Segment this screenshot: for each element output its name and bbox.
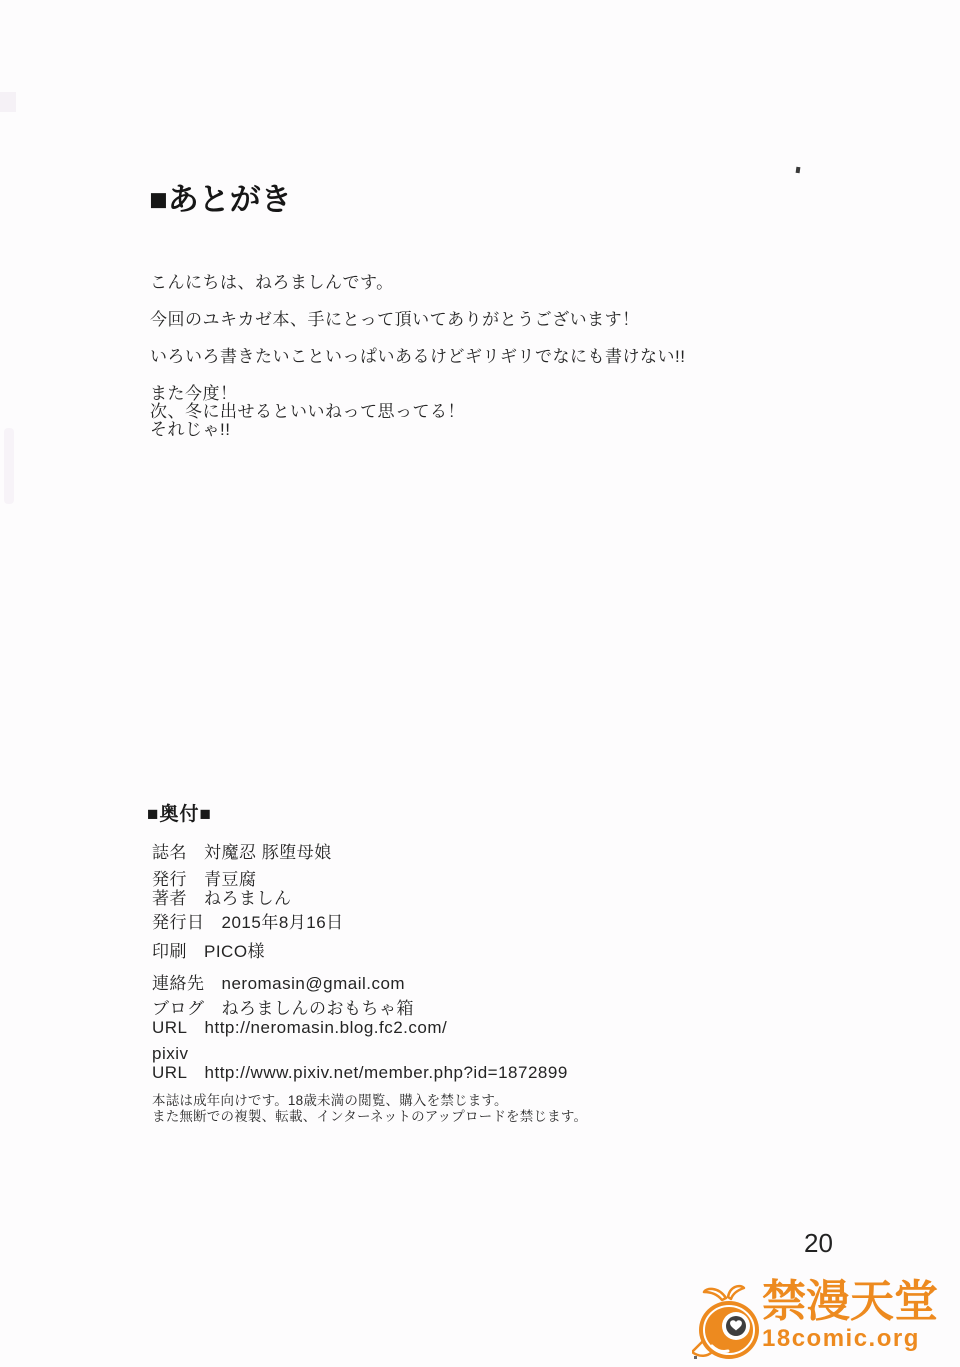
colophon-value: PICO様: [204, 942, 265, 961]
colophon-label: 連絡先: [152, 974, 205, 993]
colophon-row-pixiv: pixiv: [152, 1044, 568, 1063]
colophon-value: ねろましんのおもちゃ箱: [222, 999, 415, 1018]
colophon-label: 著者: [152, 889, 187, 908]
notice-line: 本誌は成年向けです。18歳未満の閲覧、購入を禁じます。: [152, 1093, 587, 1109]
colophon-label: pixiv: [152, 1044, 189, 1063]
colophon-label: 発行日: [152, 913, 205, 932]
scan-artifact: [4, 428, 14, 504]
colophon-value: 対魔忍 豚堕母娘: [204, 843, 332, 862]
watermark-site-name: 禁漫天堂: [762, 1278, 938, 1326]
site-watermark: 禁漫天堂 18comic.org: [692, 1278, 954, 1364]
afterword-line: 今回のユキカゼ本、手にとって頂いてありがとうございます！: [150, 311, 685, 329]
colophon-row-blog-url: URLhttp://neromasin.blog.fc2.com/: [152, 1018, 568, 1037]
scan-artifact: [0, 92, 16, 112]
colophon-label: 発行: [152, 870, 187, 889]
scanned-afterword-page: ■あとがき こんにちは、ねろましんです。 今回のユキカゼ本、手にとって頂いてあり…: [0, 0, 960, 1367]
afterword-line: こんにちは、ねろましんです。: [150, 274, 685, 292]
colophon-value: 2015年8月16日: [222, 913, 344, 932]
colophon-value: http://neromasin.blog.fc2.com/: [205, 1018, 448, 1037]
watermark-text: 禁漫天堂 18comic.org: [762, 1278, 938, 1352]
colophon-row-date: 発行日2015年8月16日: [152, 913, 568, 932]
colophon-row-title: 誌名対魔忍 豚堕母娘: [152, 843, 568, 862]
colophon-label: 印刷: [152, 942, 187, 961]
orange-fish-mascot-icon: [692, 1282, 764, 1366]
scan-artifact: [796, 167, 801, 173]
colophon-value: 青豆腐: [204, 870, 257, 889]
colophon-row-printer: 印刷PICO様: [152, 942, 568, 961]
colophon-heading: ■奥付■: [147, 799, 212, 826]
watermark-site-url: 18comic.org: [762, 1326, 938, 1352]
afterword-body: こんにちは、ねろましんです。 今回のユキカゼ本、手にとって頂いてありがとうござい…: [150, 274, 685, 439]
colophon-label: ブログ: [152, 999, 205, 1018]
colophon-row-pixiv-url: URLhttp://www.pixiv.net/member.php?id=18…: [152, 1063, 568, 1082]
colophon-row-author: 著者ねろましん: [152, 889, 568, 908]
colophon-value: http://www.pixiv.net/member.php?id=18728…: [205, 1063, 568, 1082]
page-number: 20: [804, 1228, 833, 1259]
colophon-row-blog: ブログねろましんのおもちゃ箱: [152, 999, 568, 1018]
afterword-line: それじゃ!!: [150, 421, 685, 439]
notice-line: また無断での複製、転載、インターネットのアップロードを禁じます。: [152, 1109, 587, 1125]
colophon: 誌名対魔忍 豚堕母娘 発行青豆腐 著者ねろましん 発行日2015年8月16日 印…: [152, 843, 568, 1082]
afterword-line: また今度！: [150, 385, 685, 403]
colophon-value: neromasin@gmail.com: [222, 974, 406, 993]
colophon-value: ねろましん: [204, 889, 292, 908]
colophon-label: URL: [152, 1063, 188, 1082]
afterword-line: 次、冬に出せるといいねって思ってる！: [150, 403, 685, 421]
colophon-row-publisher: 発行青豆腐: [152, 870, 568, 889]
afterword-line: いろいろ書きたいこといっぱいあるけどギリギリでなにも書けない!!: [150, 348, 685, 366]
colophon-label: 誌名: [152, 843, 187, 862]
colophon-label: URL: [152, 1018, 188, 1037]
afterword-heading: ■あとがき: [149, 174, 292, 219]
adult-content-notice: 本誌は成年向けです。18歳未満の閲覧、購入を禁じます。 また無断での複製、転載、…: [152, 1093, 587, 1125]
colophon-row-contact: 連絡先neromasin@gmail.com: [152, 974, 568, 993]
